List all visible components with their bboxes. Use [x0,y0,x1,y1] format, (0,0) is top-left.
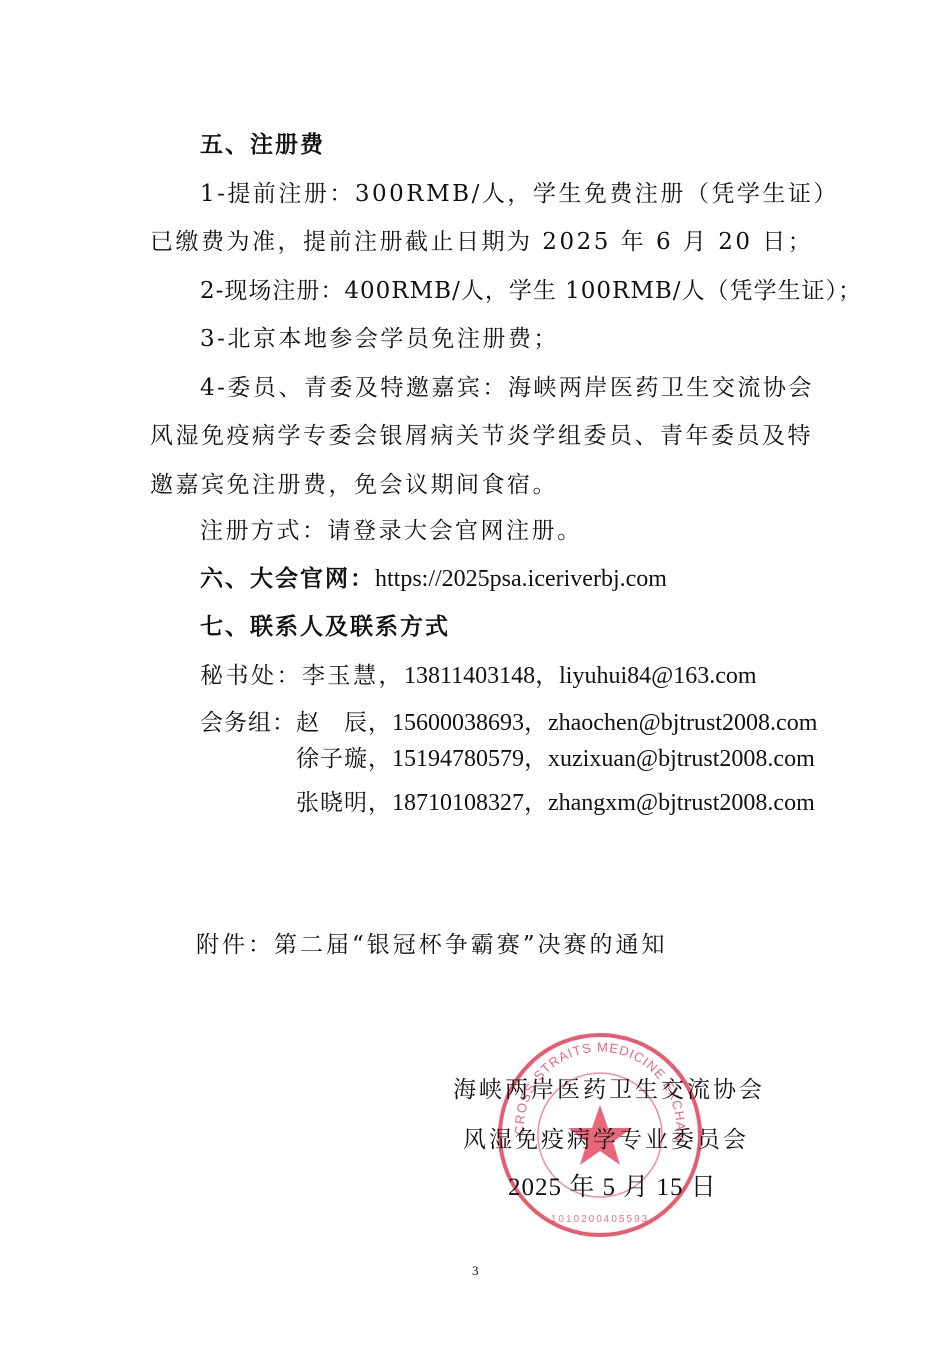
contact-email[interactable]: liyuhui84@163.com [559,663,756,689]
secretariat-contact: 秘书处：李玉慧，13811403148，liyuhui84@163.com [200,661,757,691]
contact-email[interactable]: zhaochen@bjtrust2008.com [548,710,817,736]
fee-item-4-line-3: 邀嘉宾免注册费，免会议期间食宿。 [150,470,558,500]
contact-phone: 13811403148， [404,663,559,689]
svg-text:1010200405593: 1010200405593 [551,1214,649,1225]
fee-item-4-line-1: 4-委员、青委及特邀嘉宾：海峡两岸医药卫生交流协会 [200,373,814,403]
fee-item-4-line-2: 风湿免疫病学专委会银屑病关节炎学组委员、青年委员及特 [150,421,813,451]
secretariat-label: 秘书处： [200,663,302,689]
signature-org-line-1: 海峡两岸医药卫生交流协会 [453,1075,765,1105]
contact-phone: 15194780579， [392,746,548,772]
contact-phone: 18710108327， [392,790,548,816]
contact-phone: 15600038693， [392,710,548,736]
contact-email[interactable]: xuzixuan@bjtrust2008.com [548,746,815,772]
page-number: 3 [472,1263,479,1279]
affairs-contact-2: 徐子璇，15194780579，xuzixuan@bjtrust2008.com [296,744,815,774]
affairs-contact-3: 张晓明，18710108327，zhangxm@bjtrust2008.com [296,788,815,818]
signature-date: 2025 年 5 月 15 日 [508,1173,717,1203]
contact-email[interactable]: zhangxm@bjtrust2008.com [548,790,815,816]
fee-item-1-line-1: 1-提前注册：300RMB/人，学生免费注册（凭学生证） [200,179,839,209]
contact-name: 李玉慧， [302,663,404,689]
affairs-label: 会务组： [200,710,296,736]
section-5-heading: 五、注册费 [200,130,325,160]
affairs-contact-1: 会务组：赵 辰，15600038693，zhaochen@bjtrust2008… [200,708,817,738]
registration-method: 注册方式：请登录大会官网注册。 [200,516,583,546]
fee-item-2: 2-现场注册：400RMB/人，学生 100RMB/人（凭学生证）； [200,276,862,306]
contact-name: 赵 辰， [296,710,392,736]
fee-item-3: 3-北京本地参会学员免注册费； [200,324,559,354]
fee-item-1-line-2: 已缴费为准，提前注册截止日期为 2025 年 6 月 20 日； [150,227,813,257]
section-6: 六、大会官网：https://2025psa.iceriverbj.com [200,564,667,594]
contact-name: 张晓明， [296,790,392,816]
attachment-note: 附件：第二届“银冠杯争霸赛”决赛的通知 [196,930,668,960]
website-link[interactable]: https://2025psa.iceriverbj.com [375,566,667,592]
section-6-heading: 六、大会官网： [200,566,375,592]
signature-org-line-2: 风湿免疫病学专业委员会 [463,1125,749,1155]
section-7-heading: 七、联系人及联系方式 [200,612,450,642]
contact-name: 徐子璇， [296,746,392,772]
